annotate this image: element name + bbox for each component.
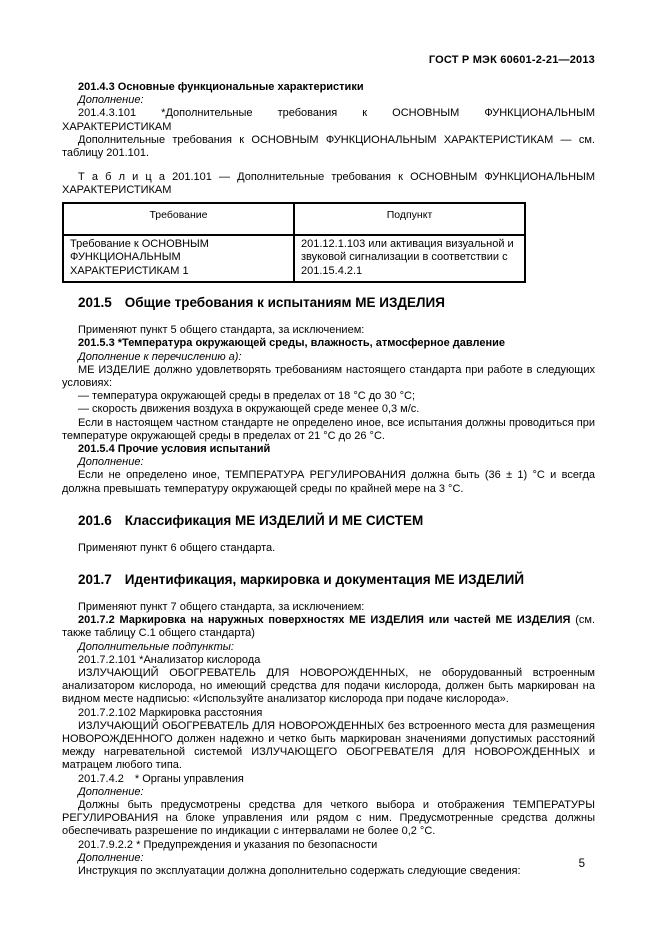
addition-label: Дополнение к перечислению а): [62, 351, 595, 364]
section-heading-201-7: 201.7Идентификация, маркировка и докумен… [62, 572, 595, 588]
paragraph-201-4-3-101-body: Дополнительные требования к ОСНОВНЫМ ФУН… [62, 134, 595, 160]
addition-label: Дополнение: [62, 94, 595, 107]
paragraph-201-5-intro: Применяют пункт 5 общего стандарта, за и… [62, 324, 595, 337]
standard-code-header: ГОСТ Р МЭК 60601-2-21—2013 [62, 54, 595, 66]
page-number: 5 [579, 858, 585, 870]
additional-subclauses-label: Дополнительные подпункты: [62, 641, 595, 654]
table-cell-requirement: Требование к ОСНОВНЫМ ФУНКЦИОНАЛЬНЫМ ХАР… [63, 235, 294, 283]
section-title: Идентификация, маркировка и документация… [125, 572, 524, 587]
paragraph-201-5-3-body: МЕ ИЗДЕЛИЕ должно удовлетворять требован… [62, 364, 595, 390]
section-title: Классификация МЕ ИЗДЕЛИЙ И МЕ СИСТЕМ [125, 513, 423, 528]
list-item-ambient-temperature: — температура окружающей среды в предела… [62, 390, 595, 403]
subsection-title-201-7-9-2-2: 201.7.9.2.2 * Предупреждения и указания … [62, 839, 595, 852]
section-heading-201-5: 201.5Общие требования к испытаниям МЕ ИЗ… [62, 295, 595, 311]
section-number: 201.5 [78, 295, 112, 310]
table-col-header-requirement: Требование [63, 203, 294, 235]
table-row: Требование к ОСНОВНЫМ ФУНКЦИОНАЛЬНЫМ ХАР… [63, 235, 525, 283]
paragraph-201-7-intro: Применяют пункт 7 общего стандарта, за и… [62, 601, 595, 614]
paragraph-201-7-4-2-body: Должны быть предусмотрены средства для ч… [62, 799, 595, 839]
paragraph-201-7-2-101-body: ИЗЛУЧАЮЩИЙ ОБОГРЕВАТЕЛЬ ДЛЯ НОВОРОЖДЕННЫ… [62, 667, 595, 707]
table-cell-subclause: 201.12.1.103 или активация визуальной и … [294, 235, 525, 283]
paragraph-201-7-9-2-2-body: Инструкция по эксплуатации должна дополн… [62, 865, 595, 878]
list-item-air-velocity: — скорость движения воздуха в окружающей… [62, 403, 595, 416]
paragraph-201-7-2-102-body: ИЗЛУЧАЮЩИЙ ОБОГРЕВАТЕЛЬ ДЛЯ НОВОРОЖДЕННЫ… [62, 720, 595, 773]
subsection-title-201-4-3-101: 201.4.3.101 *Дополнительные требования к… [62, 107, 595, 133]
paragraph-201-6-body: Применяют пункт 6 общего стандарта. [62, 542, 595, 555]
section-heading-201-6: 201.6Классификация МЕ ИЗДЕЛИЙ И МЕ СИСТЕ… [62, 513, 595, 529]
subsection-title-bold: 201.7.2 Маркировка на наружных поверхнос… [78, 614, 570, 626]
table-col-header-subclause: Подпункт [294, 203, 525, 235]
subsection-number: 201.7.4.2 [78, 773, 124, 785]
subsection-title-201-4-3: 201.4.3 Основные функциональные характер… [62, 81, 595, 94]
section-number: 201.6 [78, 513, 112, 528]
table-header-row: Требование Подпункт [63, 203, 525, 235]
subsection-title-201-5-4: 201.5.4 Прочие условия испытаний [62, 443, 595, 456]
paragraph-201-5-4-body: Если не определено иное, ТЕМПЕРАТУРА РЕГ… [62, 469, 595, 495]
section-title: Общие требования к испытаниям МЕ ИЗДЕЛИЯ [125, 295, 445, 310]
addition-label: Дополнение: [62, 786, 595, 799]
subsection-title-201-7-4-2: 201.7.4.2* Органы управления [62, 773, 595, 786]
addition-label: Дополнение: [62, 456, 595, 469]
section-number: 201.7 [78, 572, 112, 587]
subsection-title-201-7-2-102: 201.7.2.102 Маркировка расстояния [62, 707, 595, 720]
subsection-title-201-5-3: 201.5.3 *Температура окружающей среды, в… [62, 337, 595, 350]
subsection-text: * Органы управления [135, 773, 244, 785]
document-page: ГОСТ Р МЭК 60601-2-21—2013 201.4.3 Основ… [0, 0, 661, 936]
addition-label: Дополнение: [62, 852, 595, 865]
subsection-title-201-7-2: 201.7.2 Маркировка на наружных поверхнос… [62, 614, 595, 640]
table-caption: Т а б л и ц а 201.101 — Дополнительные т… [62, 171, 595, 197]
paragraph-201-5-3-note: Если в настоящем частном стандарте не оп… [62, 417, 595, 443]
subsection-title-201-7-2-101: 201.7.2.101 *Анализатор кислорода [62, 654, 595, 667]
table-201-101: Требование Подпункт Требование к ОСНОВНЫ… [62, 202, 526, 284]
